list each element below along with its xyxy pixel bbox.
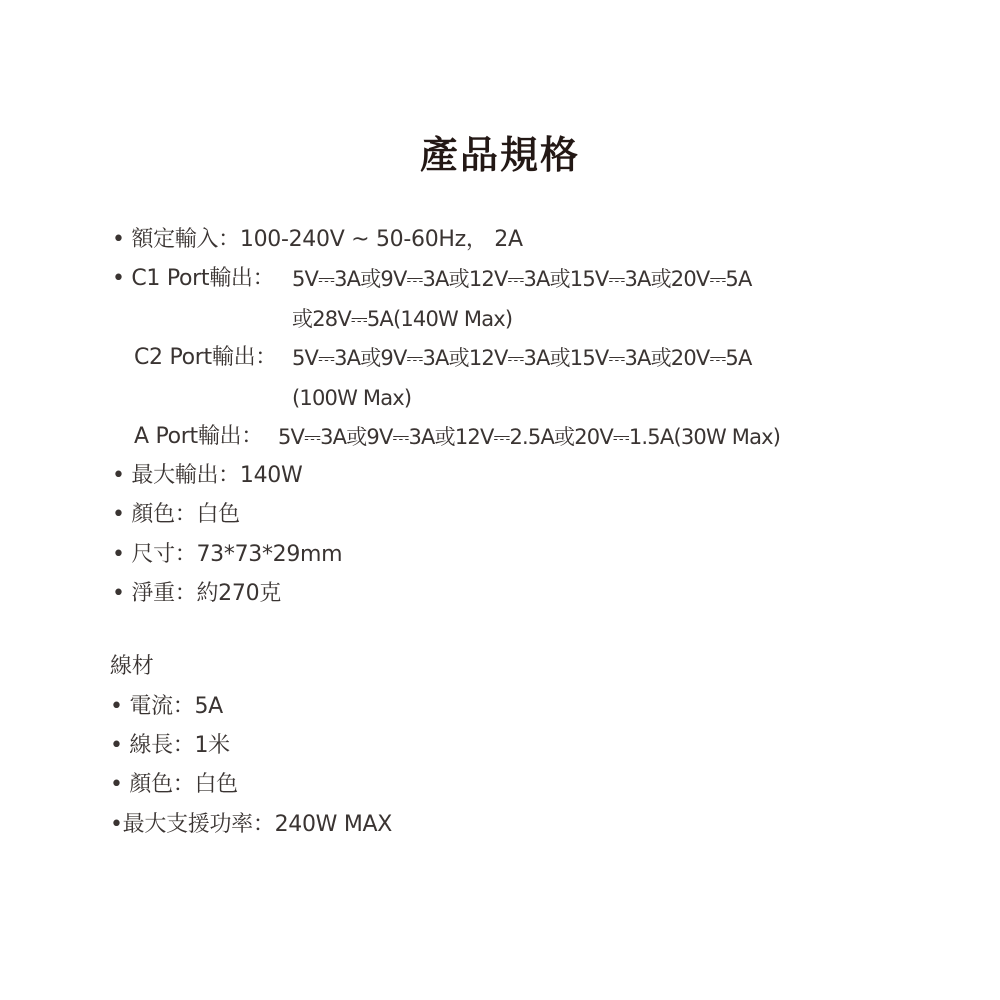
spec-c1-port-values-cont: 或28V⎓5A(140W Max) [292,304,512,334]
cable-length: • 線長：1米 [110,731,230,761]
spec-c2-port-values: 5V⎓3A或9V⎓3A或12V⎓3A或15V⎓3A或20V⎓5A [292,343,752,373]
spec-a-port-label: A Port輸出： [134,422,263,452]
spec-a-port-values: 5V⎓3A或9V⎓3A或12V⎓2.5A或20V⎓1.5A(30W Max) [278,422,780,452]
spec-c1-port-label: • C1 Port輸出： [112,264,274,294]
cable-current: • 電流：5A [110,692,223,722]
cable-heading: 線材 [110,652,153,682]
spec-color: • 顏色：白色 [112,500,240,530]
spec-weight: • 淨重：約270克 [112,579,281,609]
cable-color: • 顏色：白色 [110,770,238,800]
spec-size: • 尺寸：73*73*29mm [112,540,342,570]
spec-max-output: • 最大輸出：140W [112,461,302,491]
spec-c1-port-values: 5V⎓3A或9V⎓3A或12V⎓3A或15V⎓3A或20V⎓5A [292,264,752,294]
cable-max-power: •最大支援功率：240W MAX [110,810,392,840]
spec-c2-port-values-cont: (100W Max) [292,383,411,413]
page-title: 產品規格 [0,124,1000,179]
spec-c2-port-label: C2 Port輸出： [134,343,277,373]
spec-rated-input: • 額定輸入：100-240V ~ 50-60Hz， 2A [112,225,523,255]
